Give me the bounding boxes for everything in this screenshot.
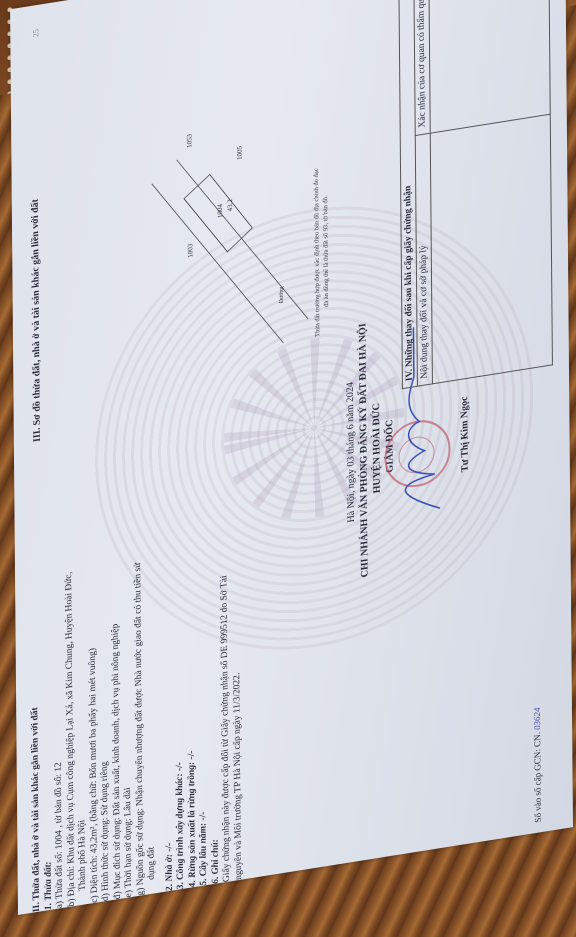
neighbor-1005: 1005 [236, 145, 244, 161]
road-label: Đường [279, 286, 285, 304]
authority-confirm-cell [429, 0, 550, 133]
registry-label: Số vào sổ cấp GCN: CN. [532, 731, 543, 823]
certificate-content-rotated: II. Thửa đất, nhà ở và tài sản khác gắn … [10, 0, 576, 937]
map-note-line-2: đã ăn đồng thể là thửa đất số 93, tờ bản… [321, 151, 332, 352]
certificate-page: II. Thửa đất, nhà ở và tài sản khác gắn … [10, 0, 573, 915]
page-number: 25 [30, 28, 42, 38]
section-iii-title: III. Sơ đồ thửa đất, nhà ở và tài sản kh… [30, 198, 43, 443]
changes-table: IV. Những thay đổi sau khi cấp giấy chứn… [398, 0, 553, 389]
parcel-label: 1004 [216, 203, 224, 219]
section-ii-land-info: II. Thửa đất, nhà ở và tài sản khác gắn … [28, 460, 245, 913]
office-name-1: CHI NHÁNH VĂN PHÒNG ĐĂNG KÝ ĐẤT ĐAI HÀ N… [356, 309, 371, 591]
change-content-cell [430, 114, 552, 384]
neighbor-1003: 1003 [186, 243, 194, 259]
registry-value: 03624 [532, 707, 542, 731]
map-note: Thửa đất trường hợp được xác định theo b… [312, 151, 332, 354]
parcel-sketch-map: 1004 43.2 1003 1005 1053 Đường [131, 95, 333, 386]
registry-number: Số vào sổ cấp GCN: CN. 03624 [532, 707, 543, 824]
col-authority-confirm: Xác nhận của cơ quan có thẩm quyền [414, 0, 430, 135]
neighbor-1053: 1053 [185, 133, 193, 149]
parcel-area: 43.2 [226, 198, 234, 212]
